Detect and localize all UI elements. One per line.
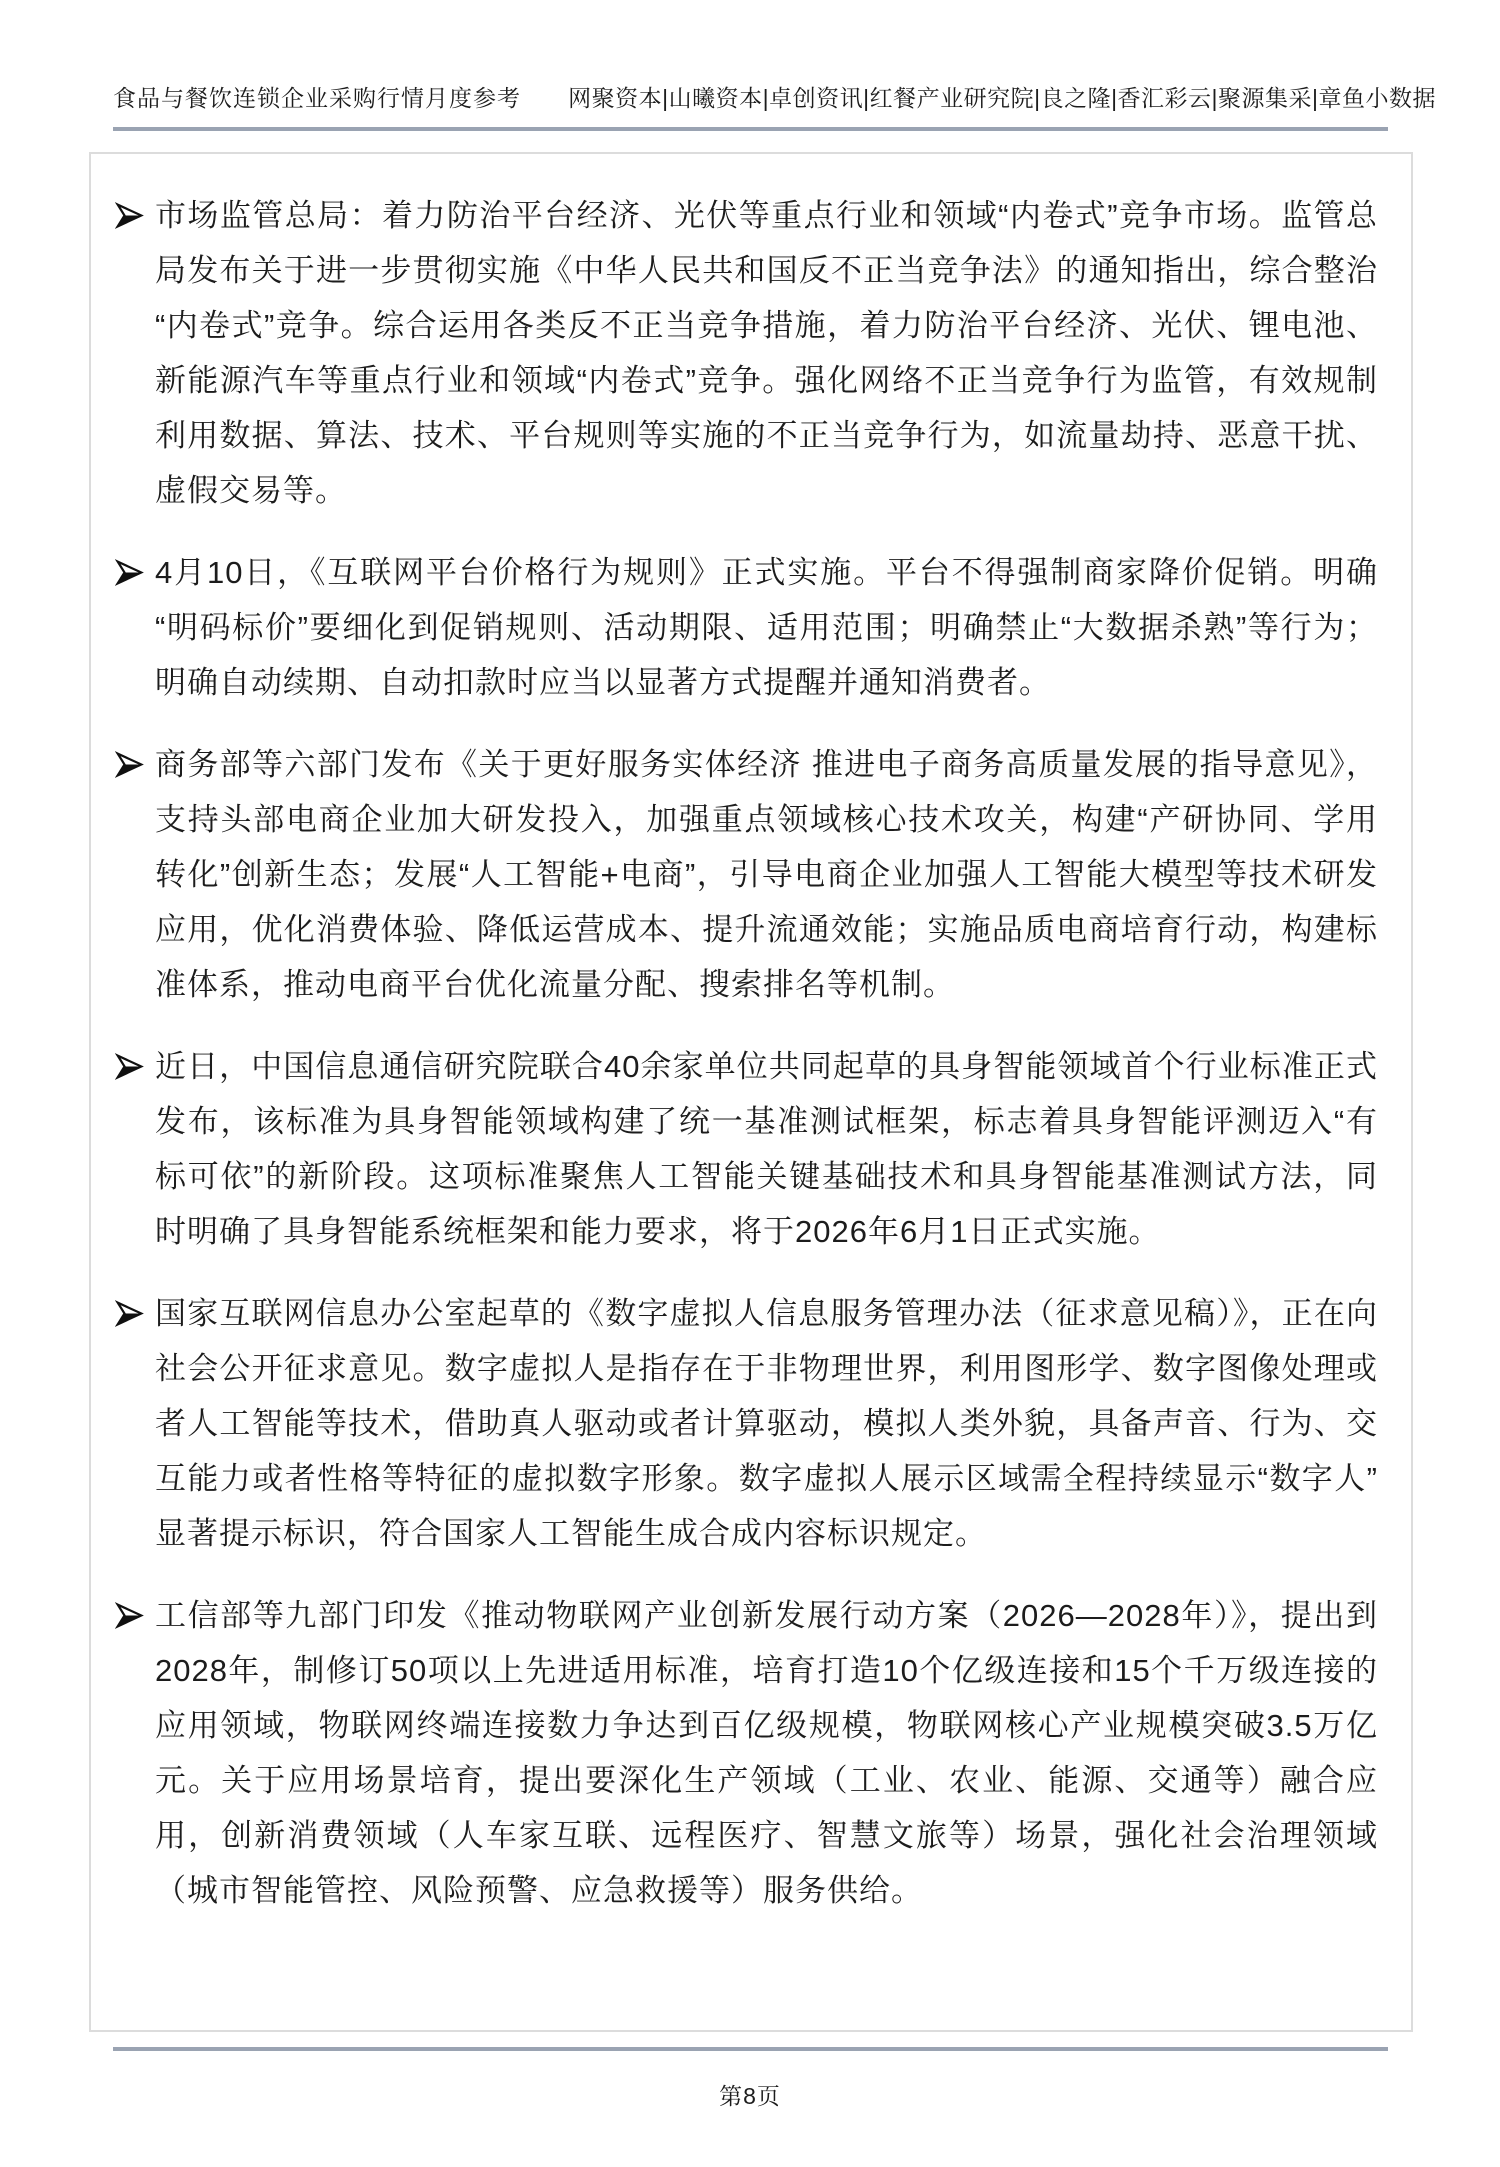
bullet-item: 近日，中国信息通信研究院联合40余家单位共同起草的具身智能领域首个行业标准正式发… xyxy=(115,1039,1378,1259)
arrow-bullet-icon xyxy=(115,1052,144,1081)
bullet-text: 工信部等九部门印发《推动物联网产业创新发展行动方案（2026—2028年）》，提… xyxy=(155,1598,1378,1908)
header-rule xyxy=(113,127,1388,131)
news-bulletin-box: 市场监管总局：着力防治平台经济、光伏等重点行业和领域“内卷式”竞争市场。监管总局… xyxy=(89,152,1413,2032)
bullet-item: 市场监管总局：着力防治平台经济、光伏等重点行业和领域“内卷式”竞争市场。监管总局… xyxy=(115,188,1378,518)
arrow-bullet-icon xyxy=(115,201,144,230)
arrow-bullet-icon xyxy=(115,1299,144,1328)
bullet-item: 国家互联网信息办公室起草的《数字虚拟人信息服务管理办法（征求意见稿）》，正在向社… xyxy=(115,1286,1378,1561)
bullet-text: 国家互联网信息办公室起草的《数字虚拟人信息服务管理办法（征求意见稿）》，正在向社… xyxy=(155,1296,1378,1551)
bullet-text: 4月10日，《互联网平台价格行为规则》正式实施。平台不得强制商家降价促销。明确“… xyxy=(155,555,1378,700)
page-number: 第8页 xyxy=(0,2078,1500,2111)
bullet-text: 近日，中国信息通信研究院联合40余家单位共同起草的具身智能领域首个行业标准正式发… xyxy=(155,1049,1378,1249)
arrow-bullet-icon xyxy=(115,1601,144,1630)
document-page: 食品与餐饮连锁企业采购行情月度参考 网聚资本|山曦资本|卓创资讯|红餐产业研究院… xyxy=(0,0,1500,2167)
report-title: 食品与餐饮连锁企业采购行情月度参考 xyxy=(113,80,521,113)
bullet-item: 4月10日，《互联网平台价格行为规则》正式实施。平台不得强制商家降价促销。明确“… xyxy=(115,545,1378,710)
partner-brands: 网聚资本|山曦资本|卓创资讯|红餐产业研究院|良之隆|香汇彩云|聚源集采|章鱼小… xyxy=(568,80,1436,113)
bullet-text: 市场监管总局：着力防治平台经济、光伏等重点行业和领域“内卷式”竞争市场。监管总局… xyxy=(155,198,1378,508)
bullet-item: 工信部等九部门印发《推动物联网产业创新发展行动方案（2026—2028年）》，提… xyxy=(115,1588,1378,1918)
arrow-bullet-icon xyxy=(115,750,144,779)
arrow-bullet-icon xyxy=(115,558,144,587)
footer-rule xyxy=(113,2047,1388,2051)
bullet-item: 商务部等六部门发布《关于更好服务实体经济 推进电子商务高质量发展的指导意见》，支… xyxy=(115,737,1378,1012)
bullet-text: 商务部等六部门发布《关于更好服务实体经济 推进电子商务高质量发展的指导意见》，支… xyxy=(155,747,1378,1002)
